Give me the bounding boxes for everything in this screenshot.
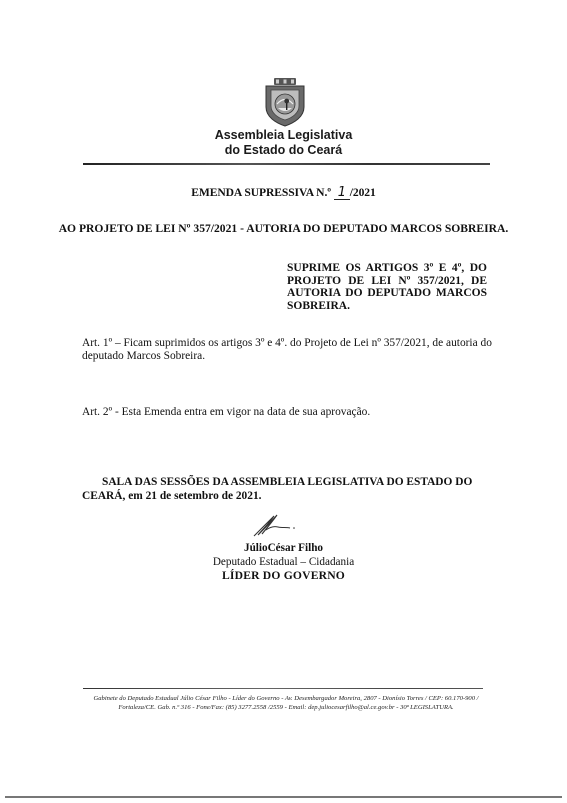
article-2: Art. 2º - Esta Emenda entra em vigor na …	[82, 406, 497, 419]
signer-role: Deputado Estadual – Cidadania	[0, 556, 567, 568]
footer-divider	[83, 688, 483, 689]
amendment-number: 1	[334, 187, 350, 200]
institution-state: do Estado do Ceará	[0, 143, 567, 157]
state-coat-of-arms-icon	[262, 77, 308, 127]
footer-line-1: Gabinete do Deputado Estadual Júlio Césa…	[84, 694, 488, 703]
article-1: Art. 1º – Ficam suprimidos os artigos 3º…	[82, 337, 497, 363]
closing-statement: SALA DAS SESSÕES DA ASSEMBLEIA LEGISLATI…	[82, 476, 495, 503]
document-subtitle: AO PROJETO DE LEI Nº 357/2021 - AUTORIA …	[0, 222, 567, 235]
signer-title: LÍDER DO GOVERNO	[0, 569, 567, 582]
signer-name: JúlioCésar Filho	[0, 542, 567, 554]
footer-contact: Gabinete do Deputado Estadual Júlio Césa…	[84, 694, 488, 712]
ementa: SUPRIME OS ARTIGOS 3º E 4º, DO PROJETO D…	[287, 262, 487, 313]
document-title: EMENDA SUPRESSIVA N.º 1/2021	[0, 186, 567, 200]
handwritten-signature-icon	[250, 512, 310, 538]
page-edge-line	[5, 796, 562, 798]
institution-name: Assembleia Legislativa	[0, 128, 567, 142]
title-prefix: EMENDA SUPRESSIVA N.º	[191, 186, 331, 199]
header-divider	[83, 163, 490, 165]
footer-line-2: Fortaleza/CE. Gab. n.º 316 - Fone/Fax: (…	[84, 703, 488, 712]
title-year: /2021	[350, 186, 376, 199]
